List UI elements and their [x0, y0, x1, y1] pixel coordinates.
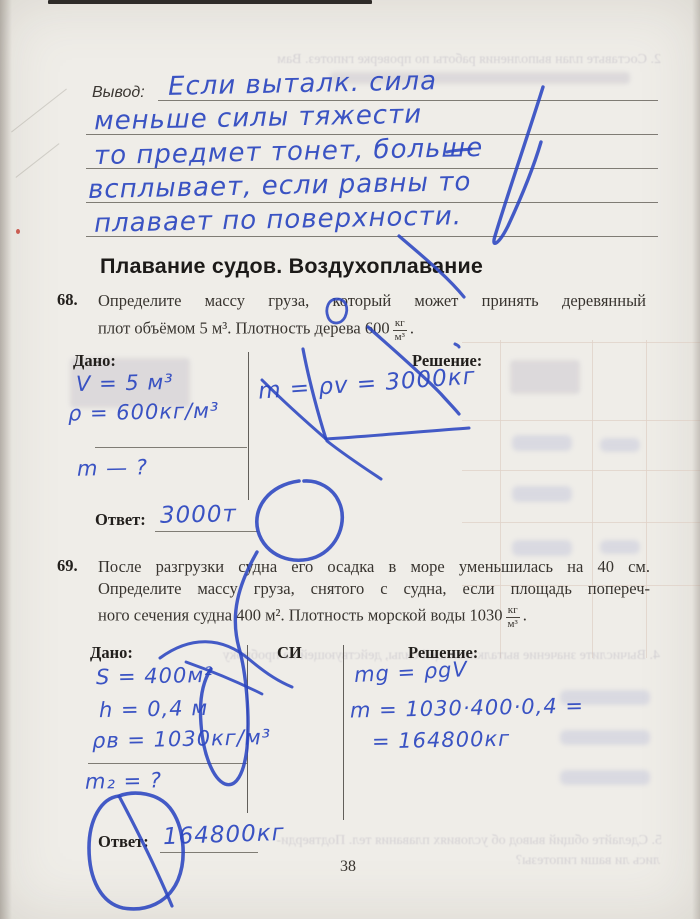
handwritten-conclusion-line: Если выталк. сила	[168, 66, 438, 102]
conclusion-label: Вывод:	[92, 84, 145, 102]
ghost-handwriting	[512, 540, 572, 556]
problem68-text: плот объёмом 5 м³. Плотность дерева 600	[98, 319, 390, 338]
ghost-grid-line	[462, 342, 700, 343]
handwritten-solution-69: = 164800кг	[372, 727, 511, 754]
pen-stroke-big-oval	[257, 481, 342, 560]
fraction-denominator: м³	[393, 331, 407, 344]
answer-label-69: Ответ:	[98, 832, 149, 852]
pen-stroke-check-top	[494, 87, 543, 243]
ghost-table-cell	[510, 360, 580, 394]
handwritten-conclusion-line: меньше силы тяжести	[94, 100, 423, 137]
problem69-text-line2: Определите массу груза, снятого с судна,…	[98, 578, 650, 600]
handwritten-conclusion-line: плавает по поверхности.	[94, 201, 463, 239]
ghost-grid-line	[462, 420, 700, 421]
problem69-text-line1: После разгрузки судна его осадка в море …	[98, 556, 650, 578]
ghost-handwriting	[560, 770, 650, 785]
ghost-handwriting	[600, 540, 640, 554]
paper-crease	[11, 89, 67, 133]
handwritten-given-69: m₂ = ?	[85, 768, 162, 794]
bleedthrough-text-bottom1: 5. Сделайте общий вывод об условиях плав…	[332, 833, 662, 849]
bleedthrough-text-top: 2. Составьте план выполнения работы по п…	[295, 52, 661, 68]
problem69-number: 69.	[57, 556, 78, 576]
fraction-numerator: кг	[393, 317, 407, 331]
problem68-text: .	[410, 319, 414, 338]
fraction-numerator: кг	[506, 604, 520, 618]
table-divider-69-right	[343, 645, 344, 820]
problem69-text: ного сечения судна 400 м². Плотность мор…	[98, 606, 503, 625]
page-number: 38	[340, 856, 356, 878]
given-separator-68	[95, 447, 247, 448]
problem68-text-line2: плот объёмом 5 м³. Плотность дерева 600к…	[98, 317, 414, 343]
pen-stroke-dot	[455, 344, 459, 347]
pen-stroke-branch-down	[327, 441, 381, 479]
ghost-grid-line	[592, 340, 593, 658]
notebook-page: 2. Составьте план выполнения работы по п…	[0, 0, 700, 919]
answer-underline-69	[160, 852, 258, 853]
problem68-number: 68.	[57, 290, 78, 310]
handwritten-given-69: h = 0,4 м	[99, 696, 209, 722]
handwritten-conclusion-line: всплывает, если равны то	[88, 167, 472, 205]
handwritten-given-69: ρв = 1030кг/м³	[92, 725, 272, 753]
problem68-text-line1: Определите массу груза, который может пр…	[98, 290, 646, 312]
given-separator-69	[88, 763, 247, 764]
ghost-grid-line	[462, 470, 700, 471]
handwritten-given-69: S = 400м²	[96, 663, 214, 689]
handwritten-given-68: ρ = 600кг/м³	[68, 398, 220, 425]
ghost-handwriting	[600, 438, 640, 452]
bleedthrough-text-bottom2: лись ли ваши гипотезы?	[430, 853, 660, 869]
ghost-grid-line	[462, 522, 700, 523]
ghost-handwriting	[560, 730, 650, 745]
section-heading: Плавание судов. Воздухоплавание	[100, 254, 483, 279]
red-ink-speck	[16, 229, 20, 234]
fraction-denominator: м³	[506, 618, 520, 631]
page-edge-shadow-left	[0, 0, 12, 919]
handwritten-answer-69: 164800кг	[163, 820, 286, 850]
handwritten-solution-69: mg = ρgV	[353, 657, 468, 687]
si-label-69: СИ	[277, 643, 302, 663]
scan-edge-strip	[48, 0, 372, 4]
paper-crease	[16, 143, 60, 178]
fraction-kg-m3: кгм³	[393, 317, 407, 343]
ghost-grid-line	[646, 340, 647, 658]
ghost-handwriting	[512, 435, 572, 451]
answer-underline-68	[155, 531, 258, 532]
problem69-text-line3: ного сечения судна 400 м². Плотность мор…	[98, 604, 527, 630]
pen-stroke-branch-right	[326, 428, 469, 439]
answer-label-68: Ответ:	[95, 510, 146, 530]
problem69-text: .	[523, 606, 527, 625]
handwritten-conclusion-line: то предмет тонет, больше	[94, 133, 484, 171]
given-label-68: Дано:	[73, 351, 116, 371]
ghost-handwriting	[512, 486, 572, 502]
given-label-69: Дано:	[90, 643, 133, 663]
table-divider-68	[248, 352, 249, 500]
handwritten-answer-68: 3000т	[160, 501, 237, 529]
fraction-kg-m3: кгм³	[506, 604, 520, 630]
page-edge-shadow-right	[692, 0, 700, 919]
handwritten-solution-69: m = 1030·400·0,4 =	[350, 694, 584, 723]
handwritten-solution-68: m = ρv = 3000кг	[257, 363, 476, 404]
handwritten-given-68: m — ?	[77, 455, 148, 480]
handwritten-given-68: V = 5 м³	[76, 370, 174, 396]
